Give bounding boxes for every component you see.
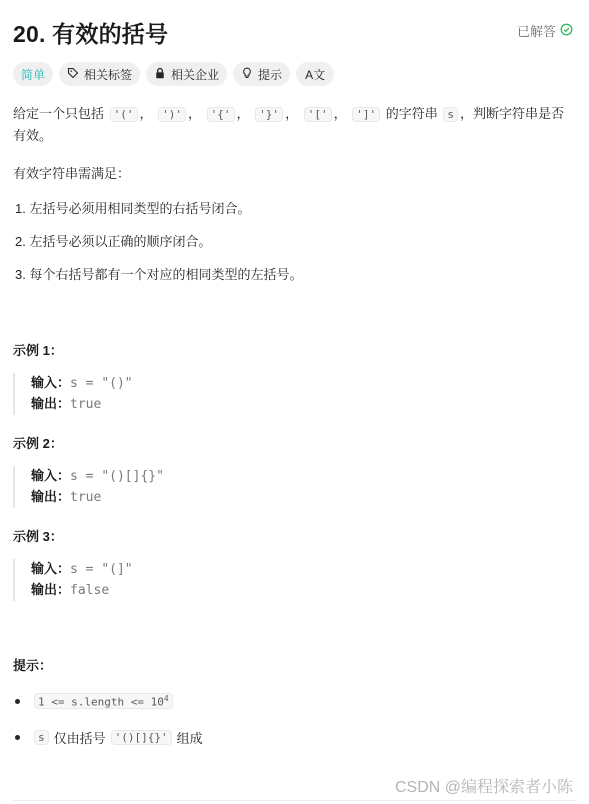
rule-item: 2. 左括号必须以正确的顺序闭合。 xyxy=(15,231,211,250)
example-block: 输入：s = "()[]{}" 输出：true xyxy=(13,466,164,508)
watermark: CSDN @编程探索者小陈 xyxy=(395,774,573,797)
solved-status: 已解答 xyxy=(517,21,573,40)
tag-bar: 简单 相关标签 相关企业 提示 A文 xyxy=(13,62,334,86)
example-block: 输入：s = "(]" 输出：false xyxy=(13,559,133,601)
rule-item: 1. 左括号必须用相同类型的右括号闭合。 xyxy=(15,198,250,217)
divider xyxy=(13,800,576,801)
constraint-code: 1 <= s.length <= 104 xyxy=(34,693,173,710)
char-code: '{' xyxy=(207,107,235,122)
char-code: '[' xyxy=(304,107,332,122)
problem-title: 20. 有效的括号 xyxy=(13,16,168,49)
constraint-item: 1 <= s.length <= 104 xyxy=(13,690,203,712)
bullet-icon xyxy=(15,735,20,740)
example-title: 示例 1： xyxy=(13,340,63,359)
solved-label: 已解答 xyxy=(517,21,556,40)
difficulty-badge[interactable]: 简单 xyxy=(13,62,53,86)
var-code: s xyxy=(443,107,458,122)
tag-icon xyxy=(67,67,79,82)
var-code: s xyxy=(34,730,49,745)
problem-description: 给定一个只包括 '('， ')'， '{'， '}'， '['， ']' 的字符… xyxy=(13,103,573,146)
char-code: '(' xyxy=(110,107,138,122)
char-code: ']' xyxy=(352,107,380,122)
char-code: '}' xyxy=(255,107,283,122)
constraints-list: 1 <= s.length <= 104 s 仅由括号 '()[]{}' 组成 xyxy=(13,690,203,762)
example-title: 示例 2： xyxy=(13,433,63,452)
example-block: 输入：s = "()" 输出：true xyxy=(13,373,133,415)
lightbulb-icon xyxy=(241,67,253,82)
related-companies-button[interactable]: 相关企业 xyxy=(146,62,227,86)
example-title: 示例 3： xyxy=(13,526,63,545)
bullet-icon xyxy=(15,699,20,704)
translate-icon: A文 xyxy=(305,66,325,83)
constraints-title: 提示： xyxy=(13,655,52,674)
requirement-title: 有效字符串需满足： xyxy=(13,163,130,182)
hints-button[interactable]: 提示 xyxy=(233,62,290,86)
related-tags-button[interactable]: 相关标签 xyxy=(59,62,140,86)
constraint-item: s 仅由括号 '()[]{}' 组成 xyxy=(13,726,203,748)
rule-item: 3. 每个右括号都有一个对应的相同类型的左括号。 xyxy=(15,264,302,283)
char-code: ')' xyxy=(158,107,186,122)
lock-icon xyxy=(154,67,166,82)
constraint-code: '()[]{}' xyxy=(111,730,172,745)
check-circle-icon xyxy=(560,23,573,39)
translate-button[interactable]: A文 xyxy=(296,62,334,86)
